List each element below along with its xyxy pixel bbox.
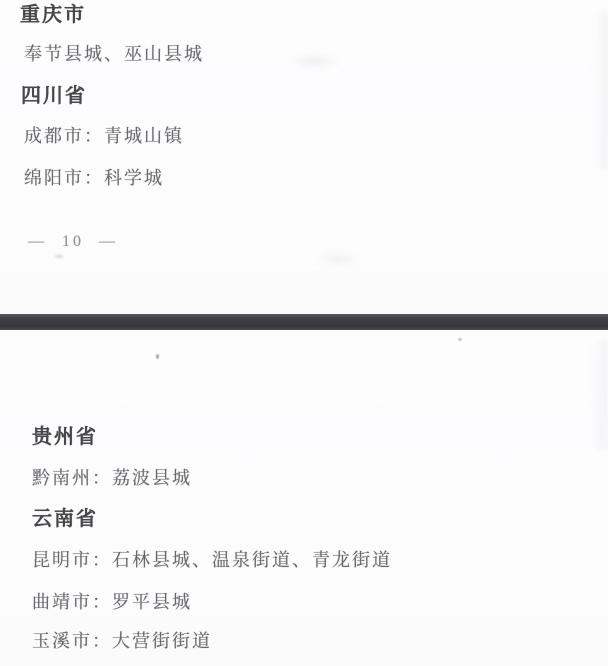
scan-speck <box>156 354 159 359</box>
city-list-line: 曲靖市：罗平县城 <box>32 593 192 613</box>
city-list-line: 黔南州：荔波县城 <box>32 469 192 489</box>
scan-speck <box>55 255 63 258</box>
page-11: 贵州省 黔南州：荔波县城 云南省 昆明市：石林县城、温泉街道、青龙街道 曲靖市：… <box>0 330 608 666</box>
scan-speck <box>458 338 462 341</box>
page-10: 重庆市 奉节县城、巫山县城 四川省 成都市：青城山镇 绵阳市：科学城 — 10 … <box>0 0 608 314</box>
scan-smudge <box>318 252 358 266</box>
city-list-line: 奉节县城、巫山县城 <box>24 45 204 65</box>
province-heading-chongqing: 重庆市 <box>20 4 86 26</box>
scan-smudge <box>288 52 340 70</box>
province-heading-yunnan: 云南省 <box>32 508 98 530</box>
city-list-line: 昆明市：石林县城、温泉街道、青龙街道 <box>32 551 392 571</box>
city-list-line: 玉溪市：大营街街道 <box>32 632 212 652</box>
city-list-line: 绵阳市：科学城 <box>24 169 164 189</box>
province-heading-guizhou: 贵州省 <box>32 426 98 448</box>
page-gap-separator <box>0 314 608 330</box>
document-viewer[interactable]: 重庆市 奉节县城、巫山县城 四川省 成都市：青城山镇 绵阳市：科学城 — 10 … <box>0 0 608 666</box>
page-number: — 10 — <box>28 233 118 251</box>
city-list-line: 成都市：青城山镇 <box>24 127 184 147</box>
scan-smudge <box>594 10 608 170</box>
scan-smudge <box>592 340 608 450</box>
province-heading-sichuan: 四川省 <box>21 85 87 107</box>
